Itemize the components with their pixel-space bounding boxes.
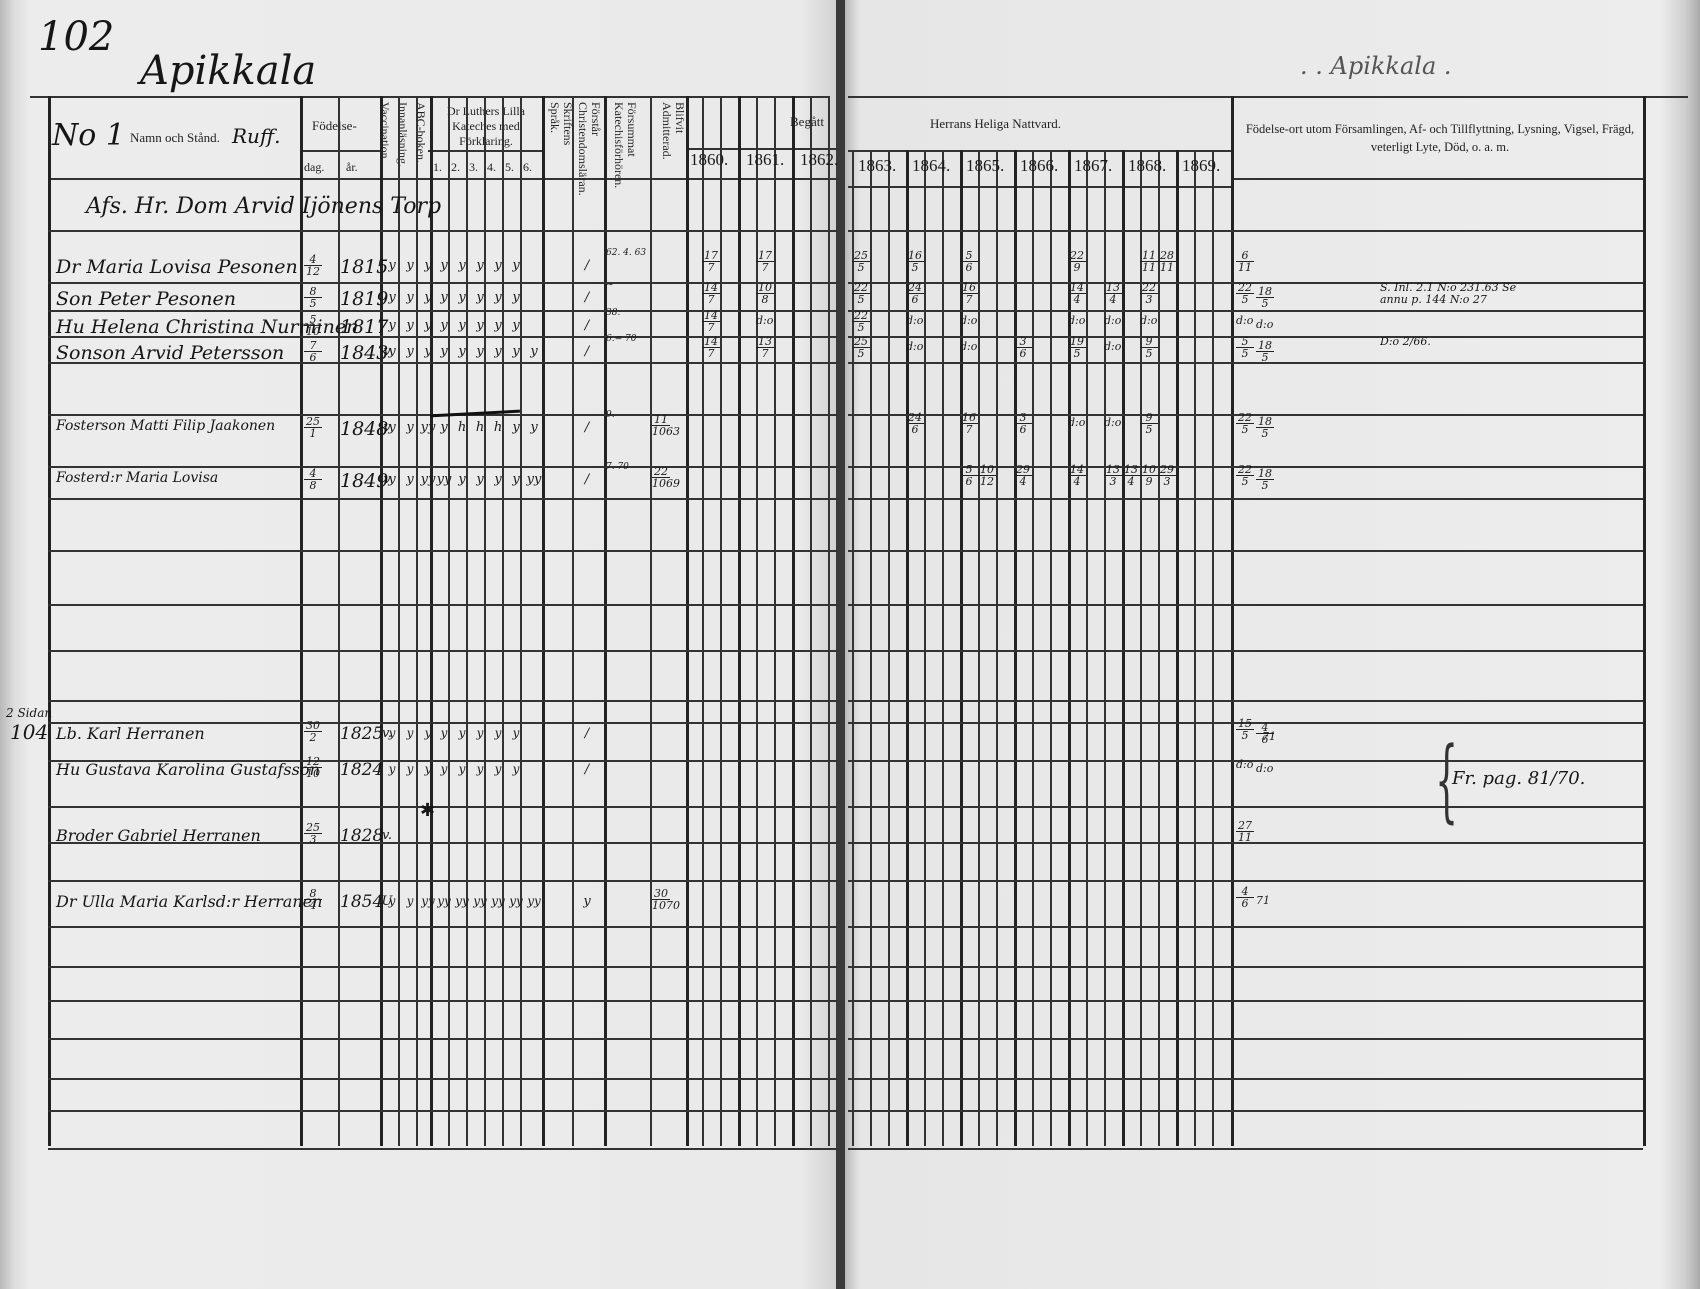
entry-check-mark: y — [454, 344, 470, 359]
entry-communion-1863: 225 — [852, 282, 870, 305]
entry-check-mark: y — [384, 290, 400, 305]
entry-check-mark: y — [526, 420, 542, 435]
entry-christendom: / — [574, 344, 600, 359]
year-header-0: 1860. — [690, 150, 728, 170]
household-number: No 1 — [52, 118, 125, 153]
entry-check-mark: y — [402, 762, 418, 776]
entry-check-mark: y — [472, 258, 488, 273]
column-rule — [542, 96, 545, 1146]
entry-check-mark: y — [508, 318, 524, 333]
entry-remarks-date: 225 — [1236, 464, 1254, 487]
column-rule — [1050, 150, 1052, 1146]
entry-birth-day: 48 — [304, 468, 322, 491]
entry-check-mark: y — [436, 318, 452, 333]
entry-forsummat: 7. 70 — [606, 462, 629, 472]
entry-communion-1864: 246 — [906, 412, 924, 435]
entry-check-mark: y — [490, 726, 506, 740]
entry-communion-1868: d:o — [1104, 416, 1121, 429]
entry-check-mark: y — [402, 344, 418, 359]
entry-check-mark: y — [402, 472, 418, 487]
entry-communion-1869: d:o — [1140, 314, 1157, 327]
column-rule — [572, 96, 574, 1146]
column-rule — [792, 96, 795, 1146]
entry-check-mark: y — [454, 726, 470, 740]
entry-remarks-date-2: d:o — [1256, 318, 1273, 331]
row-rule — [48, 700, 838, 702]
entry-check-mark: y — [384, 726, 400, 740]
column-rule — [48, 96, 51, 1146]
row-rule — [48, 650, 838, 652]
entry-communion-1861: 177 — [756, 250, 774, 273]
birth-sub-rule — [300, 150, 380, 152]
column-rule — [416, 96, 418, 1146]
entry-communion-1868: d:o — [1104, 314, 1121, 327]
entry-communion-1868-2: 134 — [1122, 464, 1140, 487]
entry-check-mark: h — [454, 420, 470, 435]
entry-birth-day: 76 — [304, 340, 322, 363]
row-rule — [48, 466, 838, 468]
entry-check-mark: yy — [420, 894, 436, 908]
entry-communion-1867: d:o — [1068, 416, 1085, 429]
entry-birth-day: 84 — [304, 888, 322, 911]
entry-communion-1861: 108 — [756, 282, 774, 305]
row-rule — [848, 1078, 1643, 1080]
entry-check-mark: y — [508, 344, 524, 359]
entry-admitted: 221069 — [652, 466, 670, 489]
entry-communion-1860: 147 — [702, 310, 720, 333]
entry-name: Dr Maria Lovisa Pesonen — [56, 256, 298, 278]
entry-check-mark: y — [436, 344, 452, 359]
entry-remarks-date: 155 — [1236, 718, 1254, 741]
column-rule — [828, 96, 830, 1146]
entry-check-mark: y — [420, 344, 436, 359]
entry-remarks-date-2: 185 — [1256, 468, 1274, 491]
row-rule — [48, 230, 838, 232]
entry-check-mark: y — [436, 290, 452, 305]
column-rule — [1194, 150, 1196, 1146]
entry-birth-day: 85 — [304, 286, 322, 309]
entry-check-mark: y — [420, 318, 436, 333]
row-rule — [48, 550, 838, 552]
entry-check-mark: y — [472, 472, 488, 487]
column-rule — [888, 150, 890, 1146]
entry-communion-1860: 147 — [702, 282, 720, 305]
year-header-right-5: 1868. — [1128, 156, 1166, 176]
catechism-header: Dr Luthers Lilla Kateches med Förklaring… — [430, 104, 542, 149]
column-rule — [398, 96, 400, 1146]
entry-check-mark: y — [508, 726, 524, 740]
entry-remarks-date-2: 71 — [1256, 894, 1270, 907]
entry-birth-day: 510 — [304, 314, 322, 337]
row-rule — [48, 498, 838, 500]
name-column-label: Namn och Stånd. — [130, 130, 220, 146]
column-rule — [686, 96, 689, 1146]
entry-communion-1863: 225 — [852, 310, 870, 333]
entry-communion-1864: 165 — [906, 250, 924, 273]
row-rule — [848, 362, 1643, 364]
entry-remarks-date-2: d:o — [1256, 762, 1273, 775]
entry-name: Lb. Karl Herranen — [56, 724, 205, 743]
forsummat-header: Försummat Katechisförhören. — [612, 102, 638, 176]
entry-admitted: 111063 — [652, 414, 670, 437]
column-rule — [924, 150, 926, 1146]
entry-communion-1863: 255 — [852, 336, 870, 359]
row-rule — [848, 880, 1643, 882]
year-header-right-6: 1869. — [1182, 156, 1220, 176]
column-rule — [870, 150, 872, 1146]
row-rule — [848, 650, 1643, 652]
entry-communion-1865: 56 — [960, 464, 978, 487]
row-rule — [48, 806, 838, 808]
entry-communion-1864: d:o — [906, 314, 923, 327]
entry-check-mark: yy — [490, 894, 506, 908]
catechism-part-2: 2. — [451, 160, 460, 175]
bracket-note: Fr. pag. 81/70. — [1452, 768, 1585, 789]
entry-communion-1861: 137 — [756, 336, 774, 359]
row-rule — [48, 880, 838, 882]
entry-check-mark: y — [490, 762, 506, 776]
entry-remarks-date: 611 — [1236, 250, 1254, 273]
entry-check-mark: y — [384, 472, 400, 487]
row-rule — [848, 1110, 1643, 1112]
row-rule — [848, 230, 1643, 232]
entry-communion-1860: 177 — [702, 250, 720, 273]
column-rule — [1122, 150, 1125, 1146]
entry-check-mark: yy — [436, 472, 452, 487]
entry-check-mark: y — [490, 290, 506, 305]
entry-check-mark: y — [454, 290, 470, 305]
column-rule — [1212, 150, 1214, 1146]
column-rule — [380, 96, 383, 1146]
entry-name: Fosterson Matti Filip Jaakonen — [56, 418, 275, 434]
entry-birth-day: 1210 — [304, 756, 322, 779]
entry-communion-1864: 246 — [906, 282, 924, 305]
book-spine — [836, 0, 845, 1289]
entry-check-mark: y — [436, 762, 452, 776]
entry-check-mark: y — [402, 726, 418, 740]
entry-communion-1865b: 1012 — [978, 464, 996, 487]
entry-check-mark: yy — [526, 472, 542, 487]
entry-remarks-date: 55 — [1236, 336, 1254, 359]
bottom-rule — [48, 1148, 838, 1150]
remarks-header-rule — [1231, 178, 1643, 180]
entry-remarks-date: 2711 — [1236, 820, 1254, 843]
column-rule — [520, 96, 522, 1146]
catechism-part-5: 5. — [505, 160, 514, 175]
entry-remarks-date: d:o — [1236, 314, 1253, 327]
entry-birth-year: 1819 — [340, 288, 388, 310]
birth-year-header: år. — [346, 160, 358, 175]
entry-check-mark: yy — [420, 420, 436, 435]
entry-birth-year: 1854 — [340, 892, 383, 912]
entry-check-mark: y — [420, 290, 436, 305]
entry-name: Fosterd:r Maria Lovisa — [56, 470, 218, 486]
row-rule — [848, 498, 1643, 500]
column-rule — [1231, 96, 1234, 1146]
header-top-rule-right — [848, 96, 1688, 98]
entry-remarks-date-2: 185 — [1256, 416, 1274, 439]
row-rule — [48, 1038, 838, 1040]
row-rule — [48, 1078, 838, 1080]
entry-communion-1866: 36 — [1014, 412, 1032, 435]
entry-communion-1867: 144 — [1068, 464, 1086, 487]
entry-name: Broder Gabriel Herranen — [56, 826, 261, 845]
entry-birth-day: 412 — [304, 254, 322, 277]
year-header-right-1: 1864. — [912, 156, 950, 176]
entry-check-mark: y — [454, 318, 470, 333]
entry-birth-year: 1824 — [340, 760, 383, 780]
column-rule — [484, 96, 486, 1146]
row-rule — [48, 1000, 838, 1002]
entry-birth-day: 251 — [304, 416, 322, 439]
entry-check-mark: yy — [508, 894, 524, 908]
column-rule — [430, 96, 433, 1146]
column-rule — [942, 150, 944, 1146]
entry-forsummat: ~ — [606, 280, 614, 290]
entry-vaccination: v. — [380, 828, 394, 843]
entry-check-mark: y — [402, 318, 418, 333]
catechism-part-1: 1. — [433, 160, 442, 175]
entry-check-mark: yy — [472, 894, 488, 908]
column-rule — [774, 96, 776, 1146]
remarks-header: Födelse-ort utom Församlingen, Af- och T… — [1240, 120, 1640, 156]
entry-communion-1868: 133 — [1104, 464, 1122, 487]
column-rule — [448, 96, 450, 1146]
entry-check-mark: y — [402, 894, 418, 908]
entry-name: Dr Ulla Maria Karlsd:r Herranen — [56, 892, 322, 911]
entry-check-mark: y — [490, 344, 506, 359]
column-rule — [502, 96, 504, 1146]
entry-forsummat: 38. — [606, 308, 620, 318]
entry-communion-1866: 36 — [1014, 336, 1032, 359]
admitterad-header: Blifvit Admitterad. — [660, 102, 686, 166]
entry-communion-1869-2: 2811 — [1158, 250, 1176, 273]
entry-communion-1866: 294 — [1014, 464, 1032, 487]
entry-communion-1864: d:o — [906, 340, 923, 353]
entry-check-mark: h — [490, 420, 506, 435]
row-rule — [848, 1148, 1643, 1150]
entry-remarks-date-2: 185 — [1256, 286, 1274, 309]
entry-check-mark: y — [454, 472, 470, 487]
entry-communion-1867: d:o — [1068, 314, 1085, 327]
entry-communion-1861: d:o — [756, 314, 773, 327]
year-header-right-0: 1863. — [858, 156, 896, 176]
year-header-1: 1861. — [746, 150, 784, 170]
row-rule — [48, 1110, 838, 1112]
entry-remarks-date: 225 — [1236, 282, 1254, 305]
entry-check-mark: y — [508, 472, 524, 487]
entry-check-mark: y — [454, 258, 470, 273]
entry-birth-day: 302 — [304, 720, 322, 743]
entry-remarks-note: S. Inl. 2.1 N:o 231.63 Se annu p. 144 N:… — [1380, 282, 1540, 306]
entry-communion-1869: 1111 — [1140, 250, 1158, 273]
entry-check-mark: yy — [436, 894, 452, 908]
entry-name: Hu Gustava Karolina Gustafsson — [56, 760, 320, 779]
entry-communion-1869: 223 — [1140, 282, 1158, 305]
entry-check-mark: y — [454, 762, 470, 776]
entry-birth-year: 1815 — [340, 256, 388, 278]
entry-check-mark: y — [508, 258, 524, 273]
row-rule — [848, 310, 1643, 312]
column-rule — [810, 96, 812, 1146]
household-place: Ruff. — [232, 124, 280, 148]
entry-check-mark: y — [472, 762, 488, 776]
entry-check-mark: y — [420, 258, 436, 273]
column-rule — [1086, 150, 1088, 1146]
entry-communion-1867: 195 — [1068, 336, 1086, 359]
entry-check-mark: yy — [526, 894, 542, 908]
entry-forsummat: 9. — [606, 410, 615, 420]
entry-check-mark: y — [420, 726, 436, 740]
entry-remarks-date: 46 — [1236, 886, 1254, 909]
column-rule — [720, 96, 722, 1146]
entry-birth-day: 253 — [304, 822, 322, 845]
entry-communion-1863: 255 — [852, 250, 870, 273]
entry-birth-year: 1828 — [340, 826, 383, 846]
entry-christendom: / — [574, 726, 600, 741]
year-header-right-3: 1866. — [1020, 156, 1058, 176]
entry-check-mark: y — [490, 318, 506, 333]
entry-check-mark: y — [472, 290, 488, 305]
entry-check-mark: y — [508, 420, 524, 435]
column-rule — [466, 96, 468, 1146]
entry-check-mark: y — [490, 258, 506, 273]
row-rule — [848, 966, 1643, 968]
right-page-scribble: . . Apikkala . — [1300, 52, 1452, 80]
birth-header: Födelse- — [312, 118, 357, 134]
column-rule — [1643, 96, 1646, 1146]
entry-communion-1869: 109 — [1140, 464, 1158, 487]
entry-forsummat: 62. 4. 63 — [606, 248, 646, 258]
entry-birth-year: 1817 — [340, 316, 388, 338]
row-rule — [848, 1000, 1643, 1002]
entry-check-mark: y — [420, 762, 436, 776]
entry-remarks-date-2: 185 — [1256, 340, 1274, 363]
entry-check-mark: y — [402, 420, 418, 435]
entry-communion-1867: 229 — [1068, 250, 1086, 273]
skriftens-sprak-header: Skriftens Språk. — [548, 102, 574, 176]
ink-blot-icon: ✱ — [420, 800, 435, 821]
row-rule — [848, 926, 1643, 928]
forstar-header: Förstår Christendomsläran. — [576, 102, 602, 176]
row-rule — [48, 926, 838, 928]
entry-check-mark: y — [490, 472, 506, 487]
column-rule — [738, 96, 741, 1146]
entry-check-mark: y — [384, 344, 400, 359]
entry-forsummat: 6.= 70 — [606, 334, 636, 344]
column-rule — [978, 150, 980, 1146]
entry-remarks-date: d:o — [1236, 758, 1253, 771]
column-rule — [1014, 150, 1017, 1146]
entry-remarks-year: 71 — [1262, 730, 1276, 743]
entry-communion-1867: 144 — [1068, 282, 1086, 305]
catechism-part-3: 3. — [469, 160, 478, 175]
village-name: Apikkala — [140, 48, 316, 94]
row-rule — [848, 1038, 1643, 1040]
birth-day-header: dag. — [304, 160, 324, 175]
column-rule — [1158, 150, 1160, 1146]
year-header-right-4: 1867. — [1074, 156, 1112, 176]
entry-christendom: / — [574, 318, 600, 333]
entry-remarks-date: 225 — [1236, 412, 1254, 435]
entry-christendom: / — [574, 472, 600, 487]
entry-check-mark: y — [402, 258, 418, 273]
catechism-part-4: 4. — [487, 160, 496, 175]
entry-check-mark: y — [384, 420, 400, 435]
entry-communion-1869: 95 — [1140, 412, 1158, 435]
row-rule — [848, 700, 1643, 702]
entry-christendom: / — [574, 762, 600, 777]
entry-check-mark: y — [472, 726, 488, 740]
entry-name: Son Peter Pesonen — [56, 288, 236, 310]
entry-christendom: / — [574, 258, 600, 273]
entry-communion-1865: 167 — [960, 412, 978, 435]
entry-birth-year: 1825 — [340, 724, 383, 744]
entry-check-mark: y — [436, 420, 452, 435]
page-number: 102 — [38, 14, 114, 60]
entry-check-mark: y — [436, 258, 452, 273]
year-header-2: 1862. — [800, 150, 838, 170]
column-rule — [650, 96, 652, 1146]
entry-christendom: / — [574, 290, 600, 305]
entry-check-mark: yy — [420, 472, 436, 487]
entry-check-mark: y — [508, 762, 524, 776]
entry-check-mark: y — [508, 290, 524, 305]
entry-check-mark: y — [526, 344, 542, 359]
column-rule — [300, 96, 303, 1146]
entry-communion-1869-2: 293 — [1158, 464, 1176, 487]
entry-check-mark: y — [384, 762, 400, 776]
entry-check-mark: y — [384, 318, 400, 333]
entry-check-mark: y — [472, 344, 488, 359]
right-page — [840, 0, 1700, 1289]
nattvard-header: Herrans Heliga Nattvard. — [930, 116, 1061, 132]
entry-check-mark: yy — [454, 894, 470, 908]
catechism-part-6: 6. — [523, 160, 532, 175]
section-heading: Afs. Hr. Dom Arvid Ijönens Torp — [86, 194, 441, 219]
entry-check-mark: y — [384, 258, 400, 273]
entry-check-mark: h — [472, 420, 488, 435]
entry-check-mark: y — [436, 726, 452, 740]
entry-communion-1868: 134 — [1104, 282, 1122, 305]
entry-remarks-note: D:o 2/66. — [1380, 336, 1540, 348]
row-rule — [48, 604, 838, 606]
column-rule — [996, 150, 998, 1146]
entry-christendom: y — [574, 894, 600, 909]
entry-check-mark: y — [402, 290, 418, 305]
entry-check-mark: y — [472, 318, 488, 333]
row-rule — [48, 966, 838, 968]
entry-communion-1869: 95 — [1140, 336, 1158, 359]
row-rule — [848, 604, 1643, 606]
entry-christendom: / — [574, 420, 600, 435]
row-rule — [848, 806, 1643, 808]
margin-note-line2: 104 — [10, 720, 48, 744]
column-rule — [1032, 150, 1034, 1146]
entry-communion-1865: 56 — [960, 250, 978, 273]
column-rule — [338, 96, 340, 1146]
margin-note-line1: 2 Sidan — [6, 706, 52, 720]
entry-communion-1860: 147 — [702, 336, 720, 359]
column-rule — [1176, 150, 1179, 1146]
entry-check-mark: y — [384, 894, 400, 908]
entry-communion-1865: d:o — [960, 340, 977, 353]
entry-name: Sonson Arvid Petersson — [56, 342, 284, 364]
begatt-header: Begått — [790, 114, 824, 130]
row-rule — [848, 550, 1643, 552]
year-header-right-2: 1865. — [966, 156, 1004, 176]
entry-communion-1865: 167 — [960, 282, 978, 305]
